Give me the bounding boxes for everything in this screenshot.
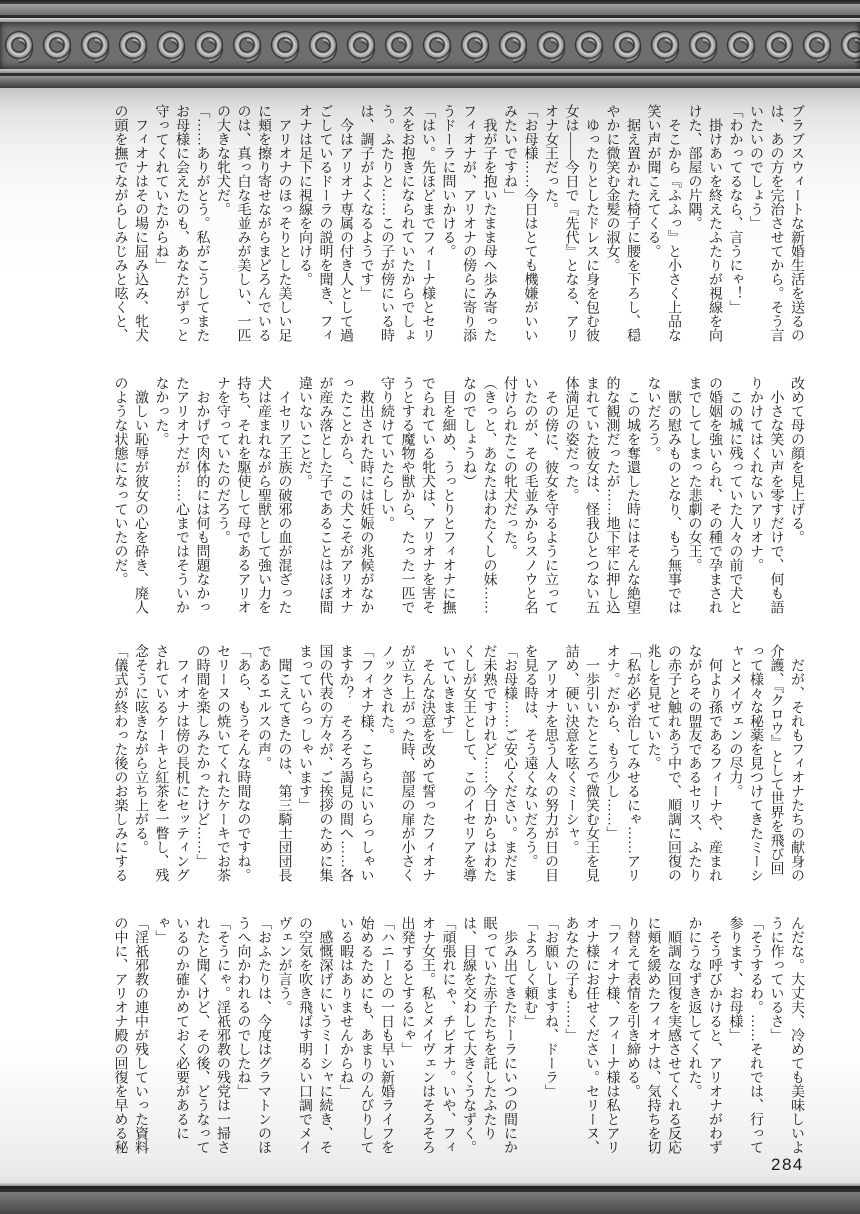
ornament-top-bevel: [0, 4, 860, 15]
text-band-1: ブラブスウィートな新婚生活を送るのは、あの方を完治させてから。そう言いたいのでし…: [109, 104, 806, 344]
text-band-2: 改めて母の顔を見上げる。 小さな笑い声を零すだけで、何も語りかけてはくれないアリ…: [109, 376, 806, 616]
top-ornament-border: [0, 0, 860, 88]
footer-bevel: [0, 1192, 860, 1214]
text-band-4: んだな。大丈夫、冷めても美味しいように作っているさ」 「そうするわ。……それでは…: [109, 916, 806, 1156]
book-page: ブラブスウィートな新婚生活を送るのは、あの方を完治させてから。そう言いたいのでし…: [0, 0, 860, 1214]
page-number: 284: [771, 1155, 804, 1175]
celtic-knot-pattern: [0, 22, 860, 69]
bottom-border: [0, 1183, 860, 1214]
ornament-bottom-bevel: [0, 76, 860, 88]
text-band-3: だが、それもフィオナたちの献身の介護、『クロウ』として世界を飛び回って様々な秘薬…: [109, 644, 806, 884]
